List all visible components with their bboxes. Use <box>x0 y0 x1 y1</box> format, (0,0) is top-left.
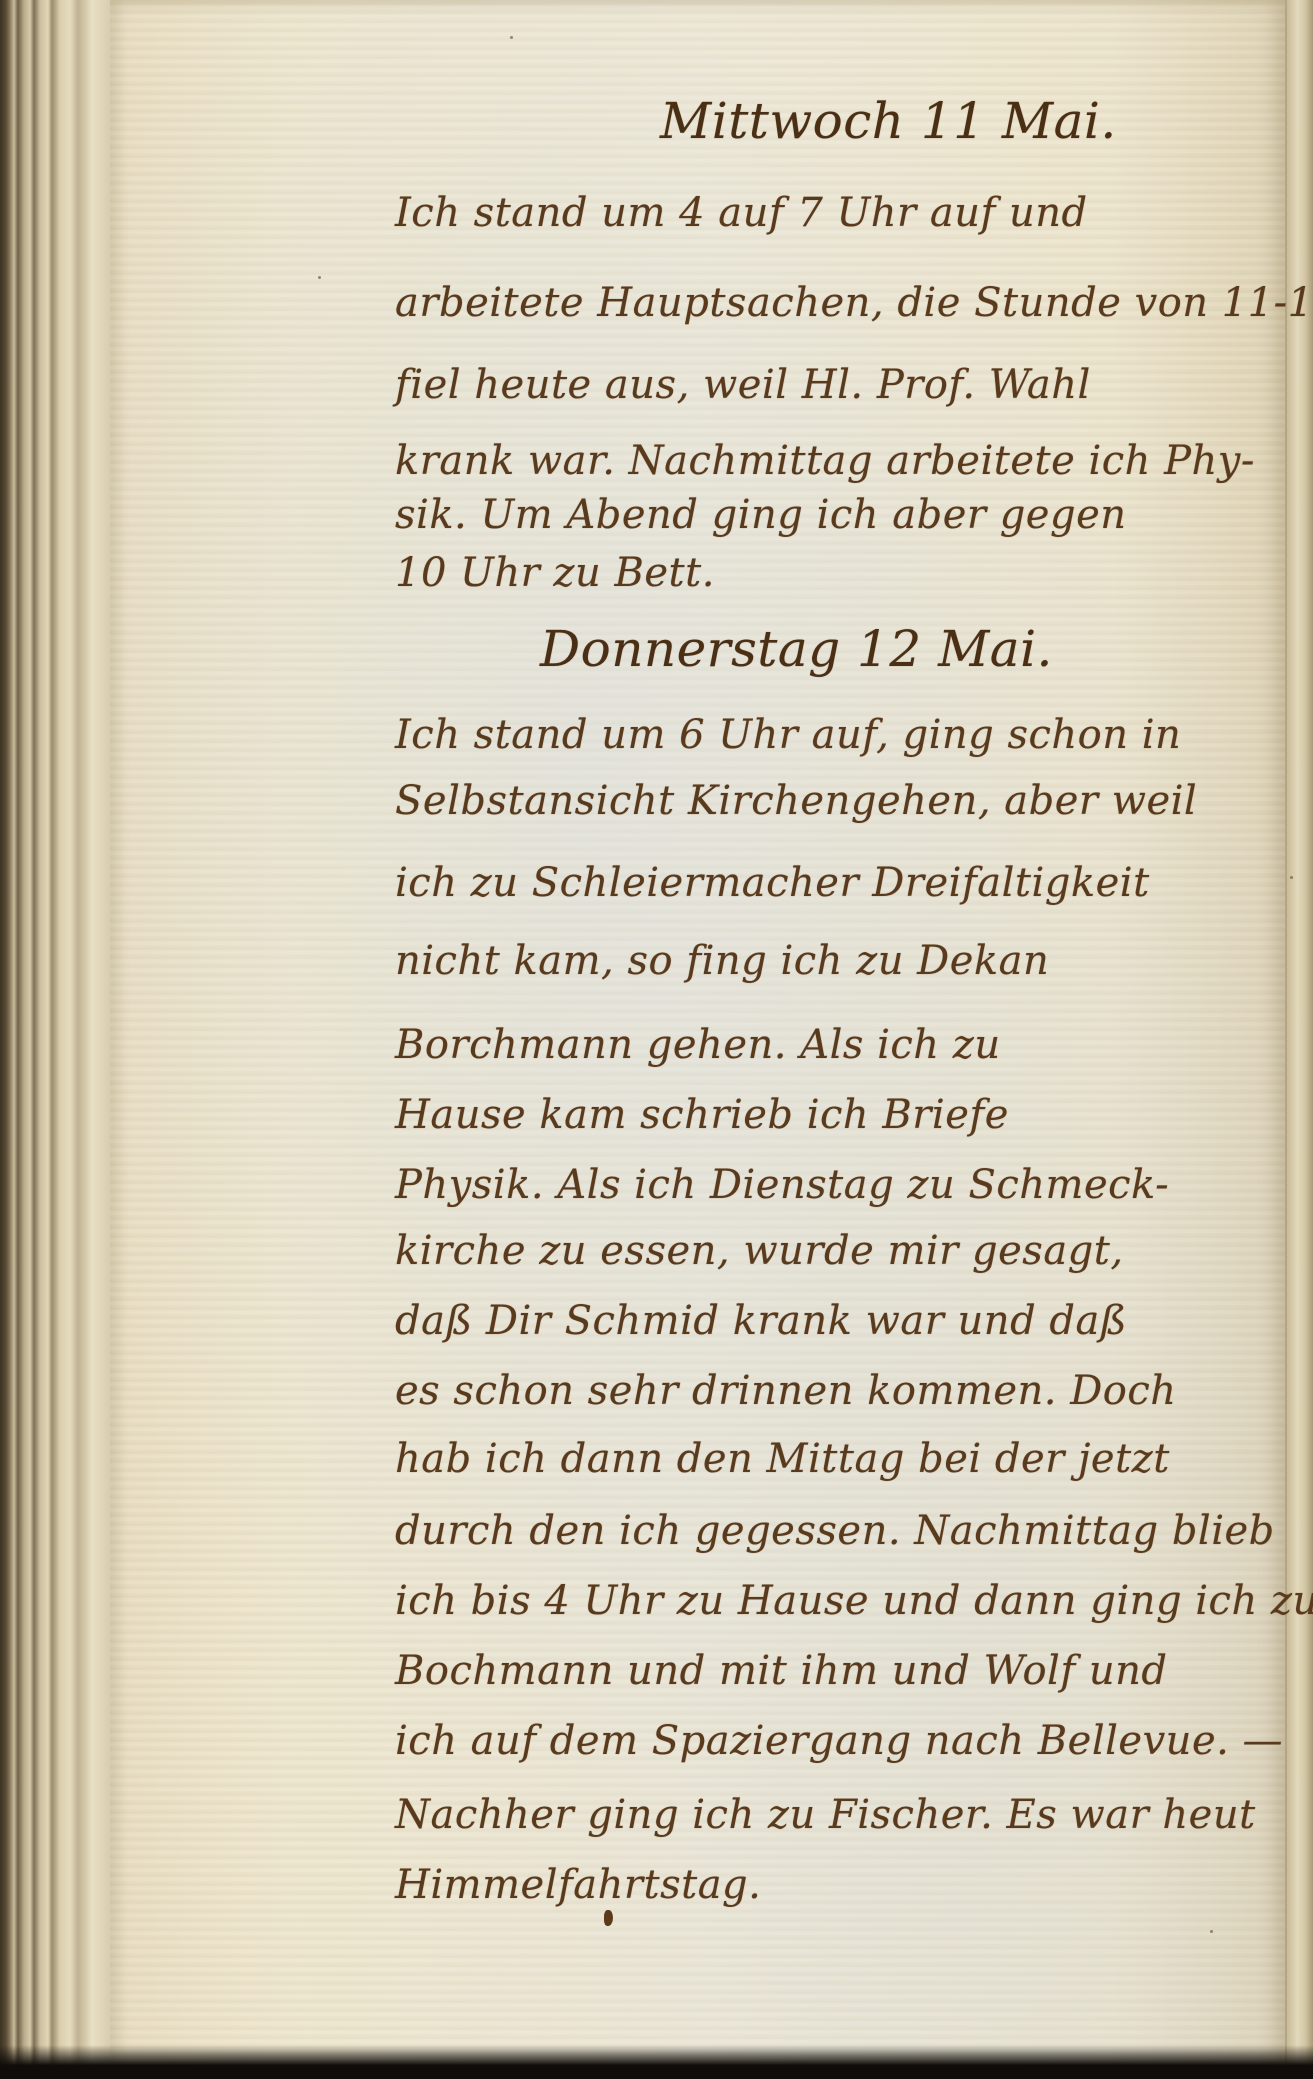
entry-2-line-1: Ich stand um 6 Uhr auf, ging schon in <box>395 712 1181 758</box>
entry-2-line-12: durch den ich gegessen. Nachmittag blieb <box>395 1508 1275 1554</box>
entry-2-line-3: ich zu Schleiermacher Dreifaltigkeit <box>395 860 1150 906</box>
entry-2-line-15: ich auf dem Spaziergang nach Bellevue. — <box>395 1718 1283 1764</box>
entry-2-line-8: kirche zu essen, wurde mir gesagt, <box>395 1228 1124 1274</box>
scan-bottom-edge <box>0 2045 1313 2079</box>
entry-2-line-14: Bochmann und mit ihm und Wolf und <box>395 1648 1167 1694</box>
entry-1-line-1: Ich stand um 4 auf 7 Uhr auf und <box>395 190 1088 236</box>
entry-1-line-6: 10 Uhr zu Bett. <box>395 550 715 596</box>
entry-2-line-13: ich bis 4 Uhr zu Hause und dann ging ich… <box>395 1578 1313 1624</box>
entry-2-line-4: nicht kam, so fing ich zu Dekan <box>395 938 1049 984</box>
entry-1-line-2: arbeitete Hauptsachen, die Stunde von 11… <box>395 280 1313 326</box>
paper-speck <box>1290 876 1293 879</box>
entry-2-line-5: Borchmann gehen. Als ich zu <box>395 1022 1001 1068</box>
entry-1-line-5: sik. Um Abend ging ich aber gegen <box>395 492 1127 538</box>
entry-2-line-6: Hause kam schrieb ich Briefe <box>395 1092 1009 1138</box>
paper-speck <box>318 276 321 279</box>
entry-2-line-10: es schon sehr drinnen kommen. Doch <box>395 1368 1177 1414</box>
entry-1-date-heading: Mittwoch 11 Mai. <box>660 92 1117 150</box>
entry-2-line-11: hab ich dann den Mittag bei der jetzt <box>395 1436 1170 1482</box>
book-page-edges <box>0 0 128 2079</box>
paper-speck <box>1210 1930 1213 1933</box>
paper-speck <box>510 36 513 39</box>
entry-2-line-2: Selbstansicht Kirchengehen, aber weil <box>395 778 1197 824</box>
entry-2-line-17: Himmelfahrtstag. <box>395 1862 761 1908</box>
entry-1-line-4: krank war. Nachmittag arbeitete ich Phy- <box>395 438 1255 484</box>
entry-2-date-heading: Donnerstag 12 Mai. <box>540 620 1053 678</box>
entry-2-line-7: Physik. Als ich Dienstag zu Schmeck- <box>395 1162 1169 1208</box>
entry-1-line-3: fiel heute aus, weil Hl. Prof. Wahl <box>395 362 1091 408</box>
entry-2-line-9: daß Dir Schmid krank war und daß <box>395 1298 1127 1344</box>
entry-2-line-16: Nachher ging ich zu Fischer. Es war heut <box>395 1792 1256 1838</box>
